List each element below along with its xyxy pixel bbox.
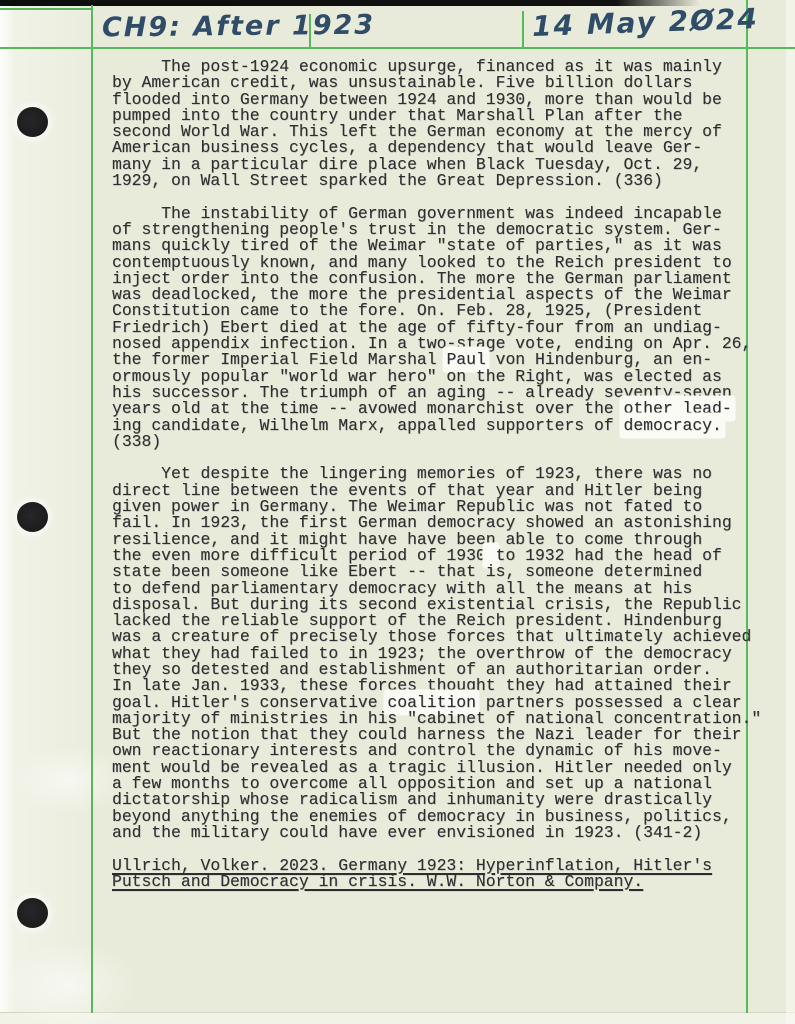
scan-blotch [0, 940, 140, 1024]
document-body: The post-1924 economic upsurge, financed… [112, 59, 782, 890]
correction-tape-patch: Paul [446, 350, 485, 369]
correction-tape-patch: democracy. [623, 416, 721, 435]
correction-tape-patch [486, 546, 496, 565]
handwritten-chapter-title: CH9: After 1923 [102, 10, 375, 44]
paper-left-edge [0, 0, 14, 1024]
hole-punch-top [17, 107, 48, 137]
citation: Ullrich, Volker. 2023. Germany 1923: Hyp… [112, 858, 782, 891]
hole-punch-middle [17, 502, 48, 532]
handwritten-date: 14 May 2Ø24 [531, 2, 759, 43]
typewritten-paragraph: The instability of German government was… [112, 206, 782, 450]
typewritten-paragraph: Yet despite the lingering memories of 19… [112, 466, 782, 841]
scanner-black-bar [0, 0, 700, 6]
header-divider-tick-2 [522, 11, 524, 48]
hole-punch-bottom [17, 898, 48, 928]
typewritten-paragraph: The post-1924 economic upsurge, financed… [112, 59, 782, 189]
paper-right-edge [786, 0, 795, 1024]
header-rule-left-segment [0, 8, 92, 10]
scanned-page: CH9: After 1923 14 May 2Ø24 The post-192… [0, 0, 795, 1024]
correction-tape-patch: coalition [387, 693, 476, 712]
left-margin-rule [91, 5, 93, 1013]
header-horizontal-rule [0, 47, 795, 49]
